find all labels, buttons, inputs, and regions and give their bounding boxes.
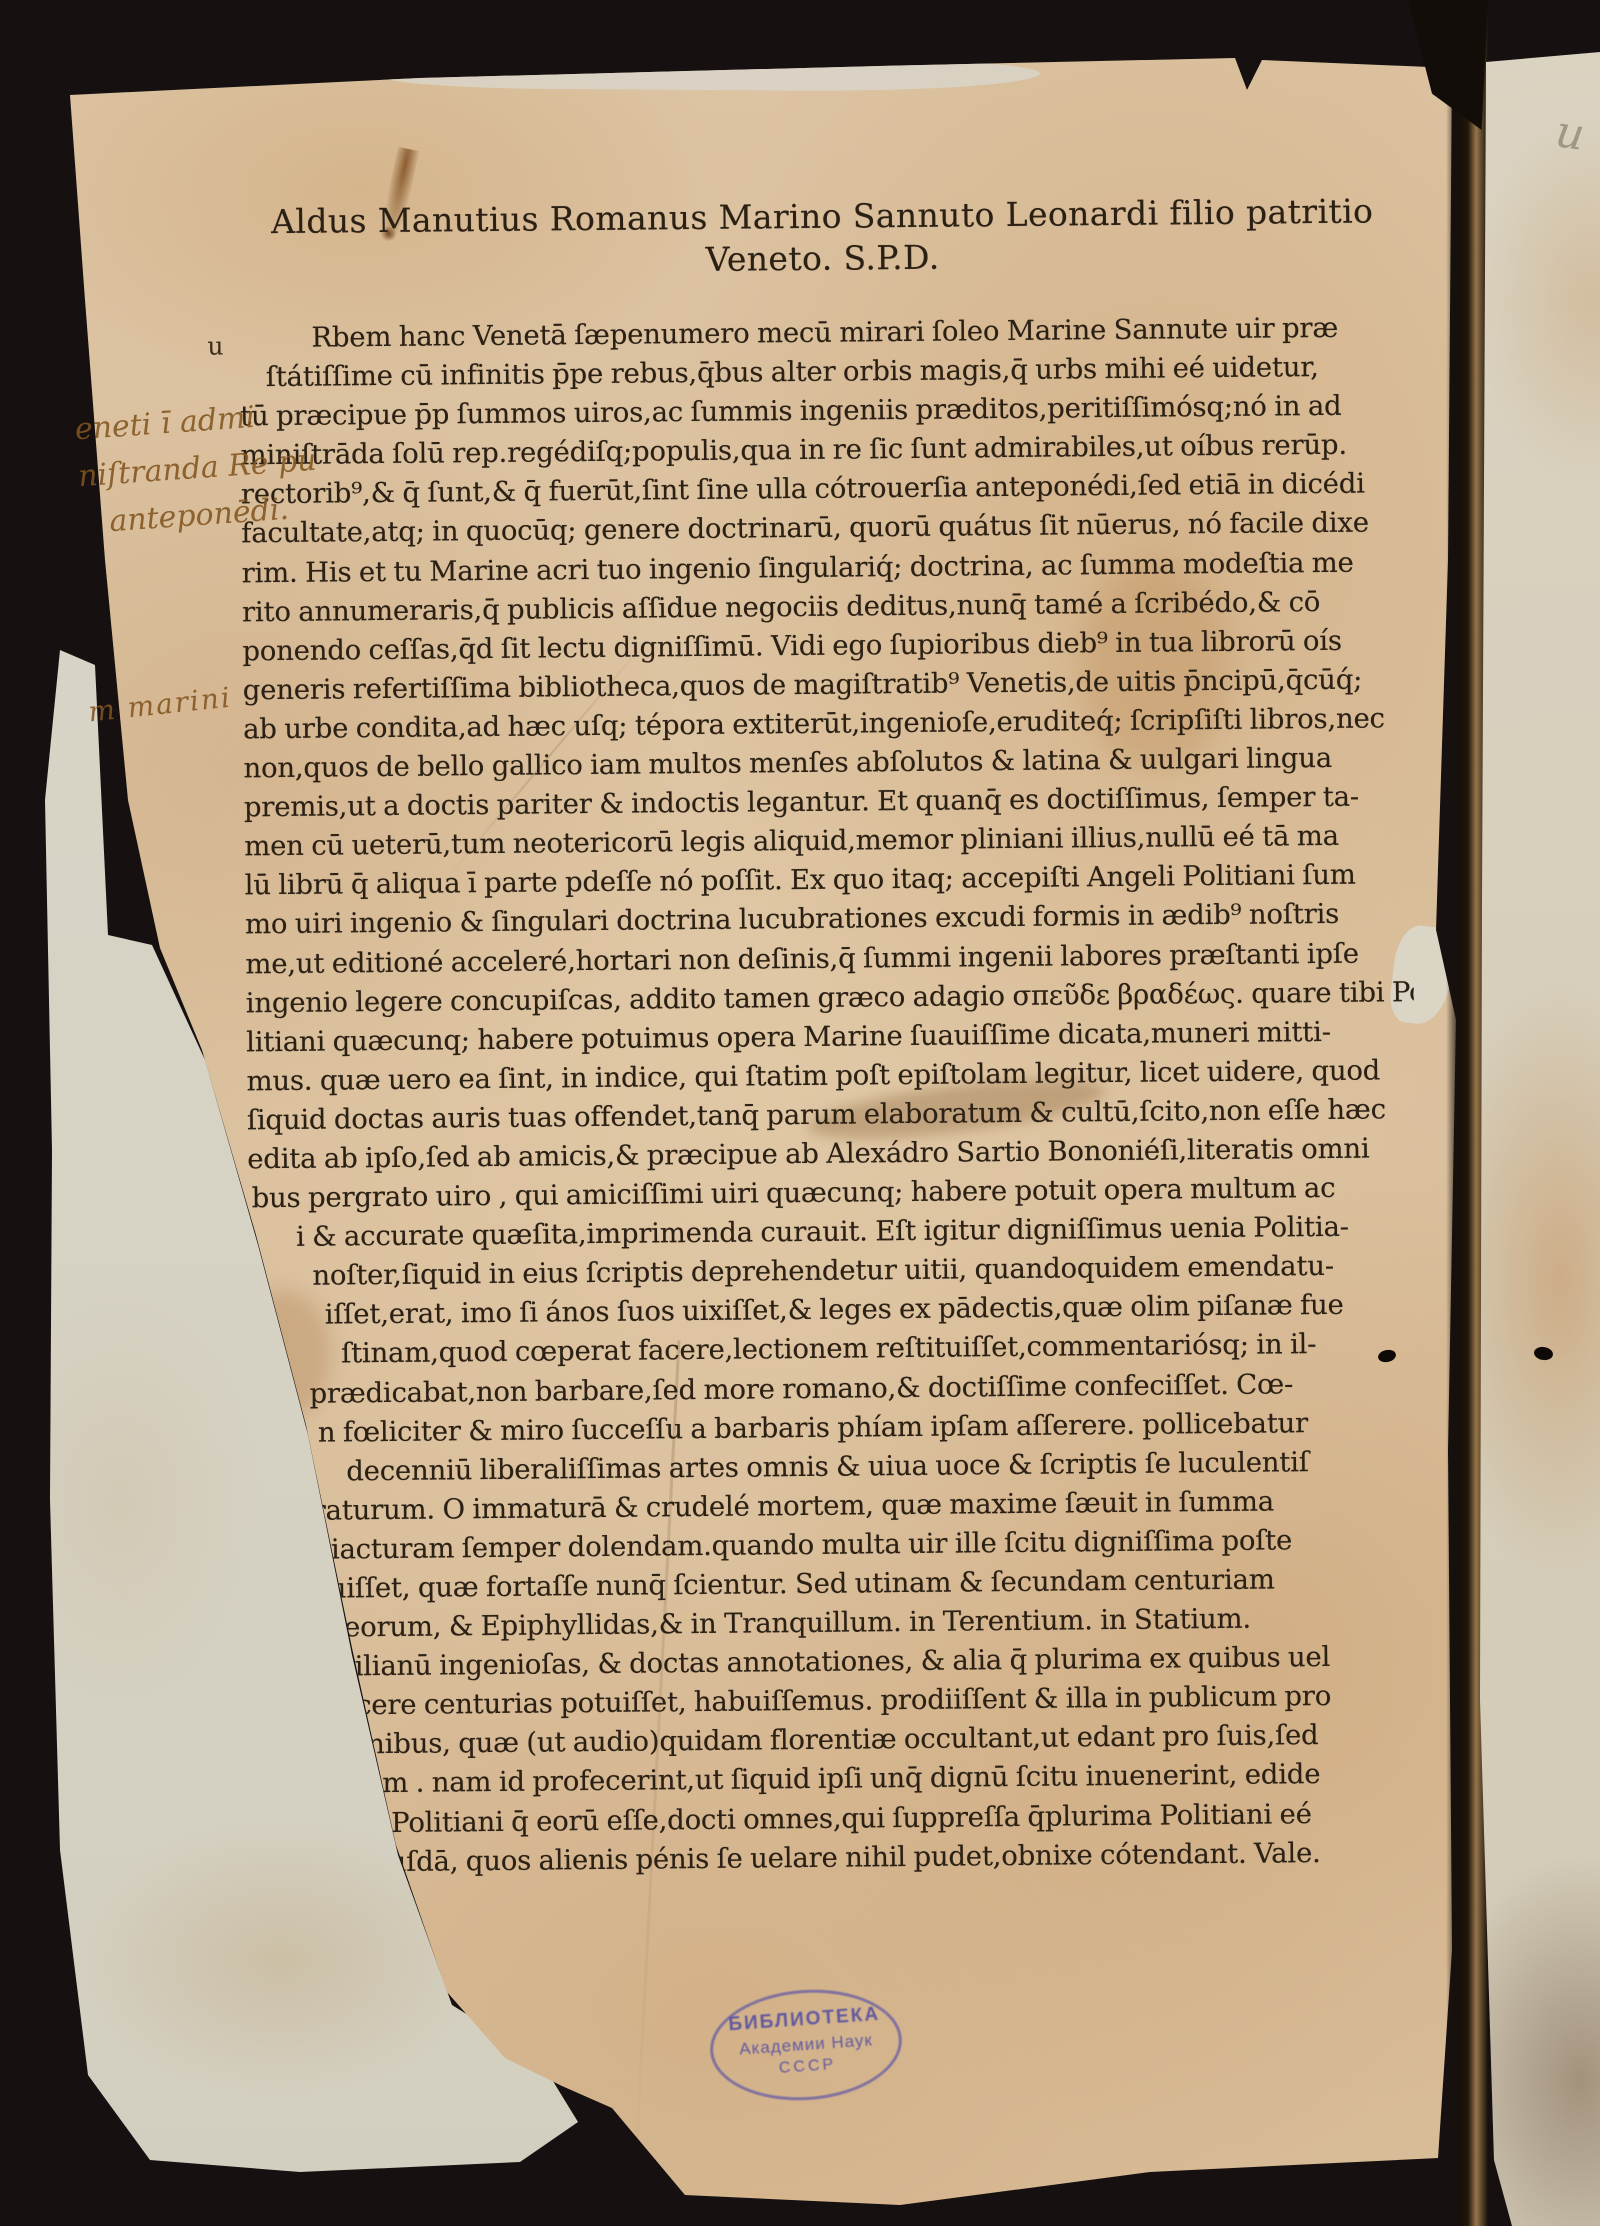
letter-body: Rbem hanc Venetā ſæpenumero mecū mirari … — [239, 308, 1422, 1883]
photo-backdrop: Aldus Manutius Romanus Marino Sannuto Le… — [0, 0, 1600, 2226]
initial-guide-letter: u — [207, 332, 223, 361]
marginalia-note: eneti ī admi niſtranda Re pu anteponēdi. — [73, 390, 321, 547]
letter-heading: Aldus Manutius Romanus Marino Sannuto Le… — [238, 190, 1407, 285]
